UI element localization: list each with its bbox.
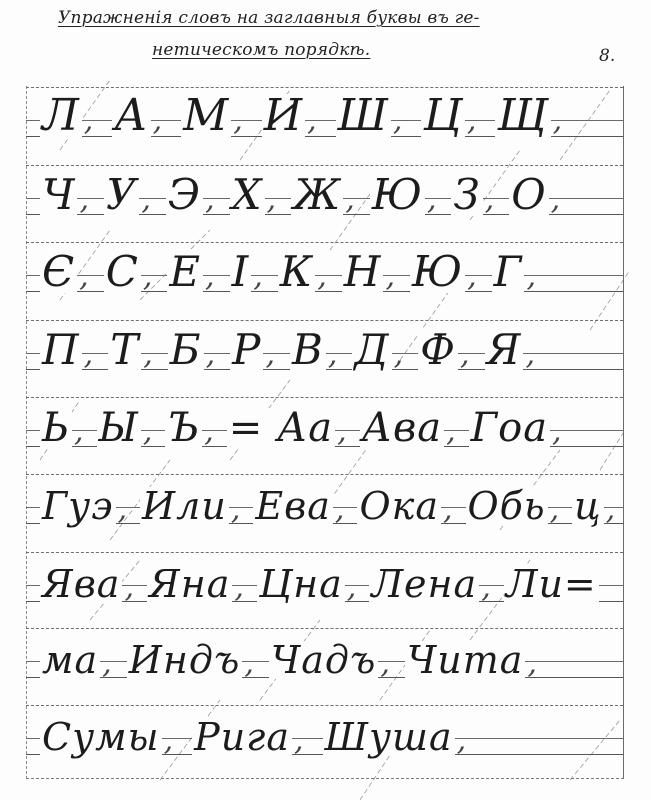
writing-row: ма,Индъ,Чадъ,Чита,	[26, 628, 623, 690]
comma-separator: ,	[79, 182, 90, 217]
calligraphy-item: Ч	[40, 174, 77, 216]
calligraphy-item: = Аа	[227, 408, 335, 448]
comma-separator: ,	[443, 492, 454, 527]
comma-separator: ,	[79, 259, 90, 294]
rule-line-top	[26, 87, 623, 88]
row-text: Л,А,М,И,Ш,Ц,Щ,	[40, 94, 581, 138]
calligraphy-item: Сумы	[40, 718, 162, 756]
calligraphy-item: Т	[108, 329, 141, 371]
rule-line-top	[26, 320, 623, 321]
rule-line-top	[26, 242, 623, 243]
rule-line-top	[26, 705, 623, 706]
rule-line-top	[26, 397, 623, 398]
comma-separator: ,	[205, 259, 216, 294]
comma-separator: ,	[551, 182, 562, 217]
writing-row: Ч,У,Э,Х,Ж,Ю,З,О,	[26, 165, 623, 227]
calligraphy-item: Б	[168, 329, 204, 371]
comma-separator: ,	[427, 182, 438, 217]
comma-separator: ,	[552, 414, 563, 449]
calligraphy-item: Щ	[495, 94, 550, 138]
writing-row: Ява,Яна,Цна,Лена,Ли=	[26, 552, 623, 614]
calligraphy-item: Г	[492, 251, 525, 293]
comma-separator: ,	[481, 570, 492, 605]
calligraphy-item: О	[509, 174, 548, 216]
header-title-line-2: нетическомъ порядкѣ.	[152, 40, 370, 60]
comma-separator: ,	[267, 182, 278, 217]
comma-separator: ,	[153, 103, 164, 138]
calligraphy-item: Ж	[291, 174, 343, 216]
calligraphy-item: Чита	[405, 641, 526, 679]
calligraphy-item: М	[181, 94, 231, 138]
comma-separator: ,	[206, 337, 217, 372]
comma-separator: ,	[84, 337, 95, 372]
comma-separator: ,	[233, 103, 244, 138]
comma-separator: ,	[337, 414, 348, 449]
calligraphy-item: Я	[485, 329, 524, 371]
calligraphy-item: Индъ	[127, 641, 243, 679]
calligraphy-item: И	[262, 94, 305, 138]
comma-separator: ,	[204, 414, 215, 449]
row-text: Гуэ,Или,Ева,Ока,Обь,ц,	[40, 487, 628, 525]
comma-separator: ,	[385, 259, 396, 294]
calligraphy-item: П	[40, 329, 82, 371]
calligraphy-item: Ь	[40, 408, 72, 448]
comma-separator: ,	[118, 492, 129, 527]
comma-separator: ,	[335, 492, 346, 527]
calligraphy-item: Ы	[97, 408, 141, 448]
comma-separator: ,	[394, 337, 405, 372]
comma-separator: ,	[393, 103, 404, 138]
comma-separator: ,	[244, 646, 255, 681]
calligraphy-item: Ява	[40, 565, 122, 603]
calligraphy-item: С	[104, 251, 141, 293]
comma-separator: ,	[102, 646, 113, 681]
header-title-line-1: Упражненія словъ на заглавныя буквы въ г…	[58, 8, 480, 28]
calligraphy-item: ма	[40, 641, 100, 679]
comma-separator: ,	[294, 723, 305, 758]
row-text: Ь,Ы,Ъ,= Аа,Ава,Гоа,	[40, 408, 575, 448]
calligraphy-item: Чадъ	[269, 641, 378, 679]
comma-separator: ,	[265, 337, 276, 372]
comma-separator: ,	[553, 103, 564, 138]
calligraphy-item: Лена	[369, 565, 479, 603]
comma-separator: ,	[234, 570, 245, 605]
page-header: Упражненія словъ на заглавныя буквы въ г…	[0, 0, 651, 80]
calligraphy-item: Х	[230, 174, 265, 216]
comma-separator: ,	[205, 182, 216, 217]
calligraphy-item: Є	[40, 251, 77, 293]
calligraphy-item: Д	[352, 329, 391, 371]
writing-row: Ь,Ы,Ъ,= Аа,Ава,Гоа,	[26, 397, 623, 459]
writing-row: Л,А,М,И,Ш,Ц,Щ,	[26, 87, 623, 149]
comma-separator: ,	[74, 414, 85, 449]
calligraphy-item: Е	[167, 251, 203, 293]
calligraphy-item: Гуэ	[40, 487, 116, 525]
row-text: П,Т,Б,Р,В,Д,Ф,Я,	[40, 329, 550, 371]
calligraphy-item: І	[230, 251, 252, 293]
writing-row: П,Т,Б,Р,В,Д,Ф,Я,	[26, 320, 623, 382]
row-text: Сумы,Рига,Шуша,	[40, 718, 485, 756]
calligraphy-item: З	[451, 174, 482, 216]
calligraphy-item: Шуша	[323, 718, 455, 756]
comma-separator: ,	[307, 103, 318, 138]
calligraphy-item: Н	[342, 251, 384, 293]
writing-row: Гуэ,Или,Ева,Ока,Обь,ц,	[26, 474, 623, 536]
comma-separator: ,	[141, 182, 152, 217]
comma-separator: ,	[143, 414, 154, 449]
row-text: Ч,У,Э,Х,Ж,Ю,З,О,	[40, 174, 575, 216]
comma-separator: ,	[143, 259, 154, 294]
calligraphy-item: Ю	[410, 251, 465, 293]
comma-separator: ,	[485, 182, 496, 217]
comma-separator: ,	[467, 103, 478, 138]
comma-separator: ,	[606, 492, 617, 527]
comma-separator: ,	[143, 337, 154, 372]
calligraphy-item: Р	[230, 329, 263, 371]
comma-separator: ,	[124, 570, 135, 605]
comma-separator: ,	[526, 259, 537, 294]
calligraphy-item: Ока	[357, 487, 441, 525]
comma-separator: ,	[550, 492, 561, 527]
calligraphy-item: Ю	[370, 174, 425, 216]
comma-separator: ,	[446, 414, 457, 449]
calligraphy-item: Ш	[336, 94, 391, 138]
calligraphy-item: Рига	[192, 718, 292, 756]
writing-row: Сумы,Рига,Шуша,	[26, 705, 623, 767]
comma-separator: ,	[457, 723, 468, 758]
calligraphy-item: Обь	[466, 487, 548, 525]
calligraphy-item: Л	[40, 94, 82, 138]
comma-separator: ,	[347, 570, 358, 605]
calligraphy-item: Цна	[257, 565, 345, 603]
comma-separator: ,	[525, 337, 536, 372]
calligraphy-item: Ава	[360, 408, 444, 448]
row-text: Є,С,Е,І,К,Н,Ю,Г,	[40, 251, 551, 293]
comma-separator: ,	[380, 646, 391, 681]
comma-separator: ,	[84, 103, 95, 138]
rule-line-top	[26, 165, 623, 166]
calligraphy-item: Э	[166, 174, 203, 216]
rule-line-top	[26, 552, 623, 553]
calligraphy-item: Или	[140, 487, 229, 525]
comma-separator: ,	[164, 723, 175, 758]
calligraphy-item: Ъ	[165, 408, 202, 448]
calligraphy-item: Гоа	[469, 408, 550, 448]
comma-separator: ,	[317, 259, 328, 294]
calligraphy-item: Ева	[253, 487, 333, 525]
calligraphy-item: В	[290, 329, 326, 371]
writing-row: Є,С,Е,І,К,Н,Ю,Г,	[26, 242, 623, 304]
rule-line-top	[26, 628, 623, 629]
page-number: 8.	[599, 46, 615, 66]
calligraphy-item: А	[112, 94, 150, 138]
calligraphy-item: У	[104, 174, 139, 216]
comma-separator: ,	[467, 259, 478, 294]
rule-line-top	[26, 474, 623, 475]
calligraphy-item: Ф	[418, 329, 458, 371]
calligraphy-item: ц	[572, 487, 604, 525]
calligraphy-item: Ц	[421, 94, 464, 138]
comma-separator: ,	[460, 337, 471, 372]
comma-separator: ,	[253, 259, 264, 294]
calligraphy-item: Ли=	[504, 565, 599, 603]
comma-separator: ,	[328, 337, 339, 372]
copybook-page: Упражненія словъ на заглавныя буквы въ г…	[0, 0, 651, 800]
comma-separator: ,	[345, 182, 356, 217]
calligraphy-item: Яна	[147, 565, 232, 603]
row-text: ма,Индъ,Чадъ,Чита,	[40, 641, 552, 679]
calligraphy-item: К	[278, 251, 316, 293]
comma-separator: ,	[527, 646, 538, 681]
comma-separator: ,	[231, 492, 242, 527]
row-text: Ява,Яна,Цна,Лена,Ли=	[40, 565, 611, 603]
